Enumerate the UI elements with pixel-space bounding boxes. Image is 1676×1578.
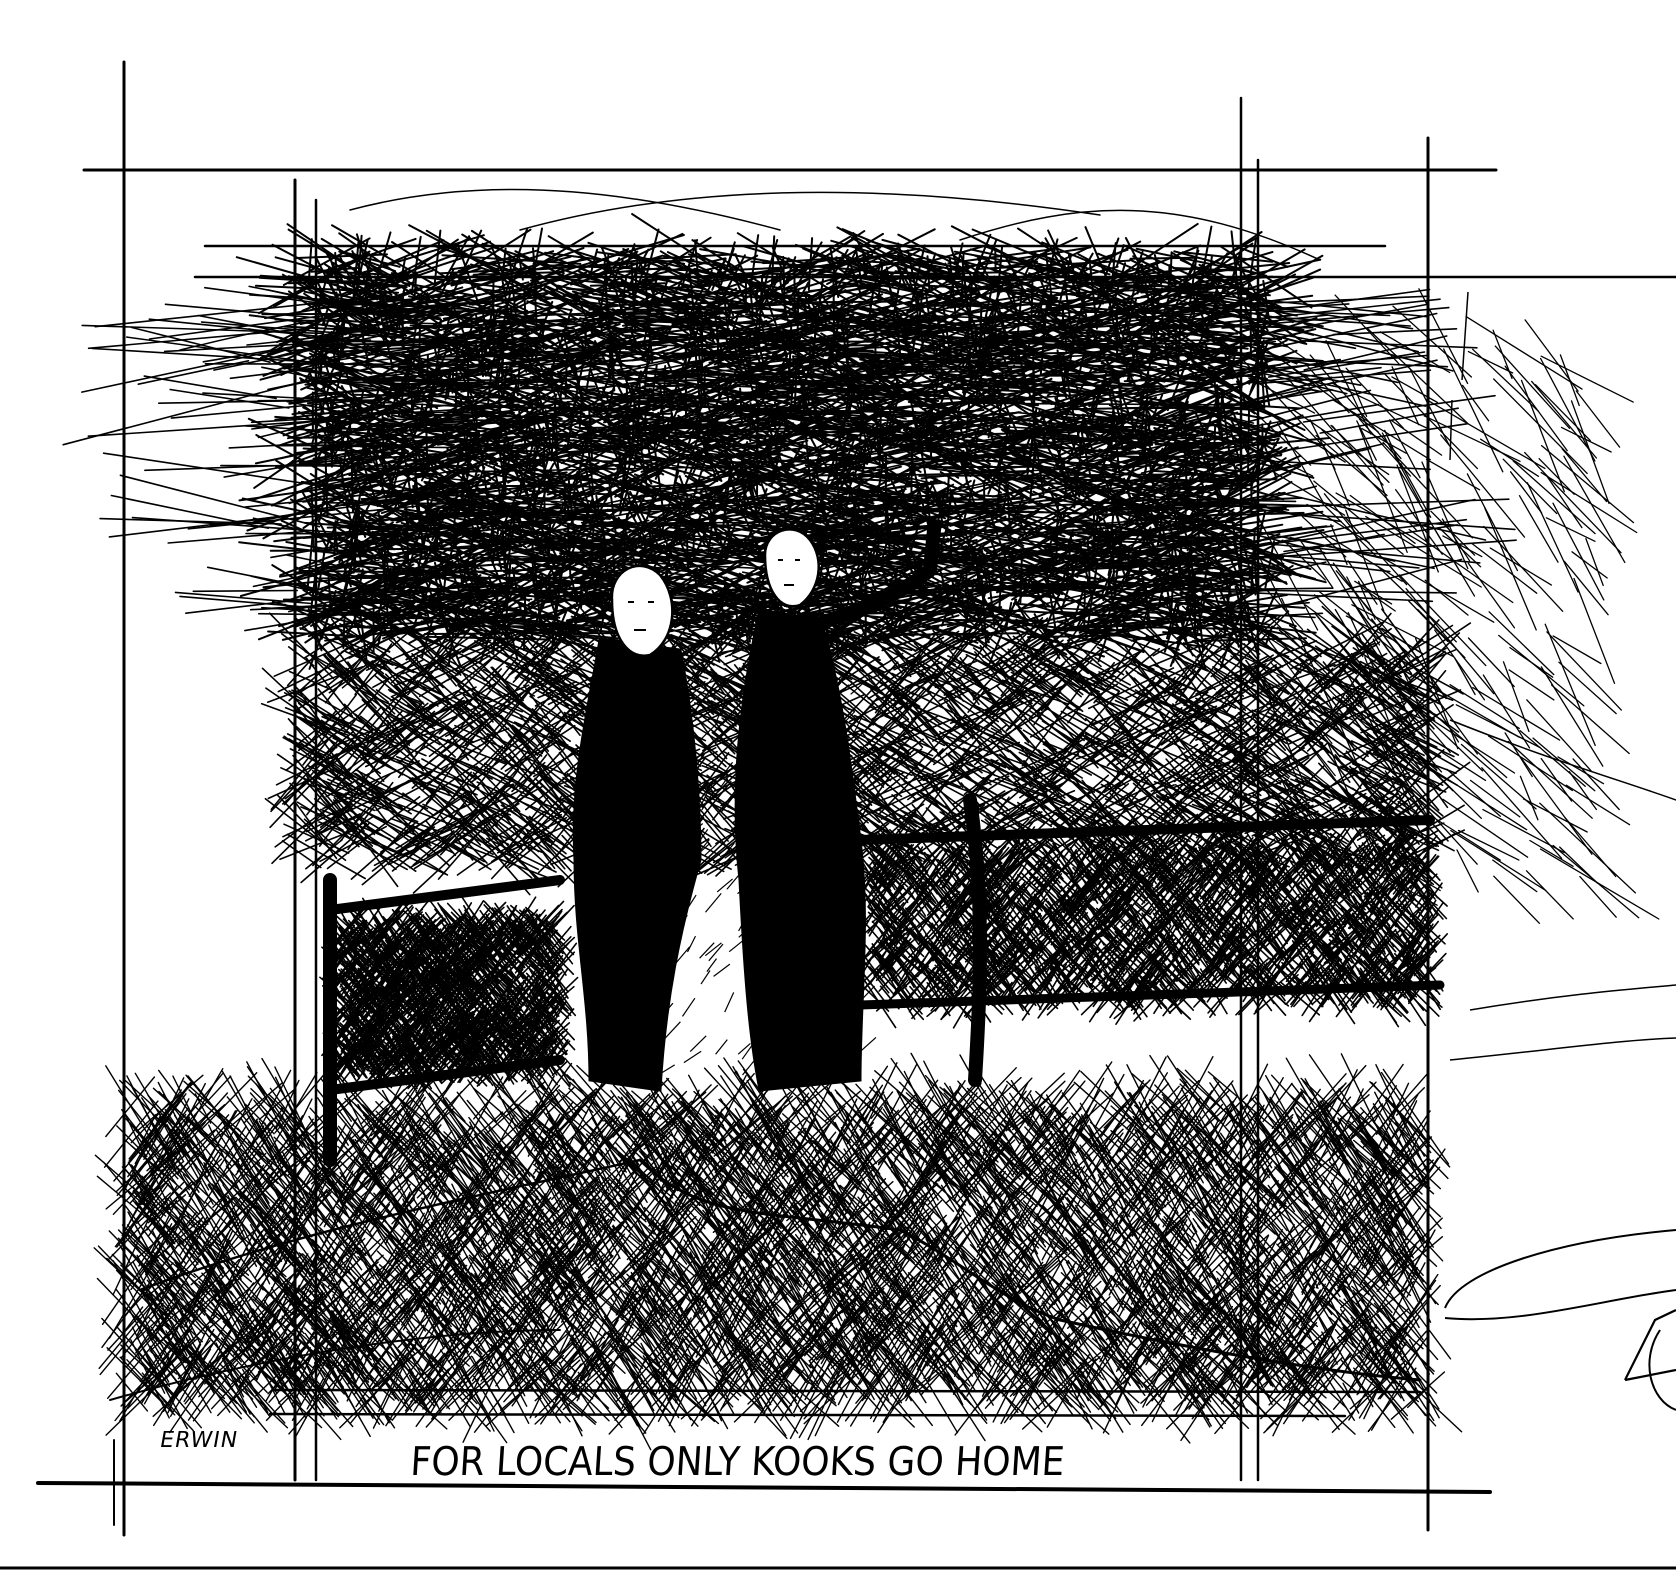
artist-signature: ERWIN	[158, 1428, 240, 1453]
ink-drawing	[0, 0, 1676, 1578]
drawing-caption: FOR LOCALS ONLY KOOKS GO HOME	[409, 1440, 1066, 1485]
